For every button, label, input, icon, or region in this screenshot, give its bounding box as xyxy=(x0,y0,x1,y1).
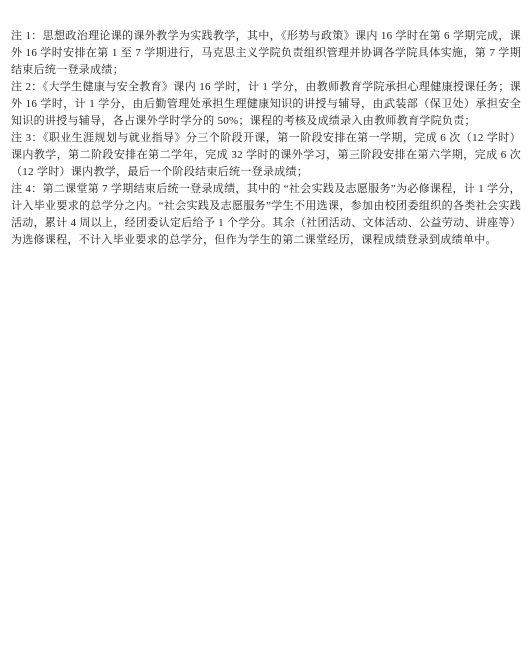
footnote-paragraph-2: 注 2：《大学生健康与安全教育》课内 16 学时，计 1 学分，由教师教育学院承… xyxy=(11,79,521,130)
footnote-paragraph-4: 注 4：第二课堂第 7 学期结束后统一登录成绩，其中的 “社会实践及志愿服务”为… xyxy=(11,181,521,249)
footnote-paragraph-3: 注 3：《职业生涯规划与就业指导》分三个阶段开课，第一阶段安排在第一学期，完成 … xyxy=(11,130,521,181)
document-page: 注 1：思想政治理论课的课外教学为实践教学，其中，《形势与政策》课内 16 学时… xyxy=(0,0,531,652)
footnotes-block: 注 1：思想政治理论课的课外教学为实践教学，其中，《形势与政策》课内 16 学时… xyxy=(11,28,521,249)
footnote-paragraph-1: 注 1：思想政治理论课的课外教学为实践教学，其中，《形势与政策》课内 16 学时… xyxy=(11,28,521,79)
